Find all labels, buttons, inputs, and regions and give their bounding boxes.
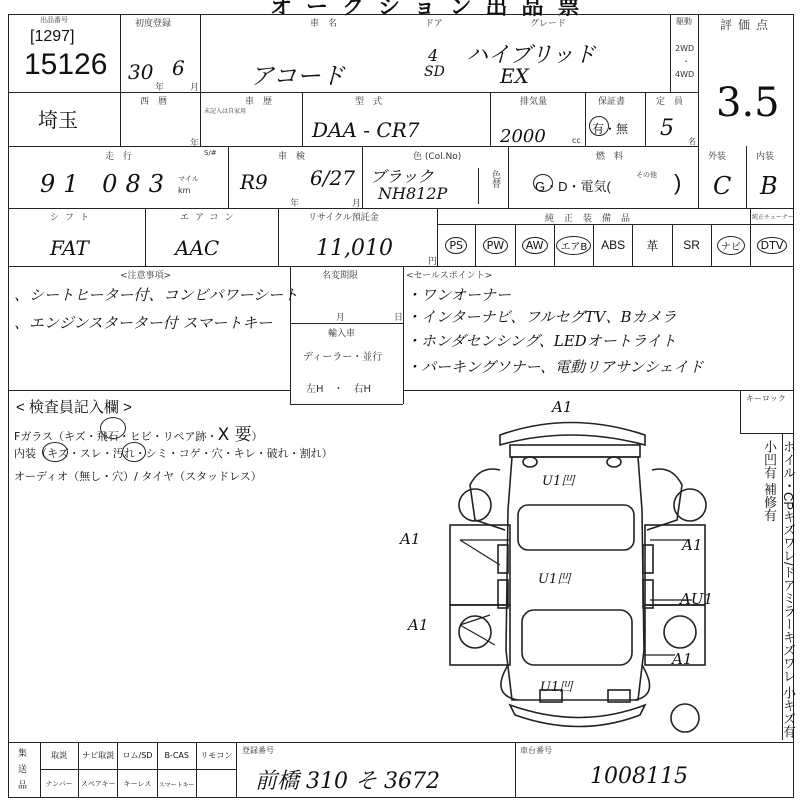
divider bbox=[698, 14, 699, 146]
accessory-bcas: B-CAS bbox=[158, 742, 197, 770]
damage-mark-left-rear-door: A1 bbox=[400, 530, 420, 548]
drive-sep: ・ bbox=[682, 56, 690, 67]
side-note: ホイル・CPキズワレ/ドアミラーキズワレ 小キズ有 小凹有 補修有 bbox=[760, 440, 798, 740]
damage-mark-left-front: A1 bbox=[408, 616, 428, 634]
western-year-unit: 年 bbox=[190, 136, 199, 149]
divider bbox=[362, 146, 363, 208]
registration-value: 前橋 310 そ 3672 bbox=[255, 764, 440, 795]
import-type: ディーラー・並行 bbox=[303, 348, 382, 363]
accessory-empty bbox=[197, 770, 236, 798]
aircon-label: エアコン bbox=[180, 210, 240, 223]
car-name-label: 車 名 bbox=[310, 16, 337, 29]
lot-label: 出品番号 bbox=[40, 15, 68, 25]
first-registration-label: 初度登録 bbox=[135, 16, 171, 29]
grade-label: グレード bbox=[530, 16, 566, 29]
chassis-value: 1008115 bbox=[590, 764, 688, 789]
inspection-month-unit: 月 bbox=[352, 196, 361, 209]
inspector-label: < 検査員記入欄 > bbox=[16, 396, 132, 417]
exterior-label: 外装 bbox=[708, 149, 726, 162]
stone-chip-circle bbox=[100, 417, 126, 439]
inspection-era: R9 bbox=[240, 170, 268, 194]
notes-label: <注意事項> bbox=[120, 268, 171, 281]
grade-line2: EX bbox=[500, 64, 529, 88]
sales-point-4: ・パーキングソナー、電動リアサンシェイド bbox=[406, 356, 704, 377]
equipment-item-navi: ナビ bbox=[712, 224, 750, 266]
car-name-value: アコード bbox=[250, 56, 345, 91]
capacity-unit: 名 bbox=[688, 136, 696, 147]
divider bbox=[228, 146, 229, 208]
name-change-month: 月 bbox=[336, 310, 345, 323]
recycle-label: リサイクル預託金 bbox=[308, 210, 379, 223]
shift-value: FAT bbox=[50, 236, 89, 260]
first-registration-month: 6 bbox=[172, 56, 185, 80]
interior-value: B bbox=[760, 172, 778, 200]
inspection-year-unit: 年 bbox=[290, 196, 299, 209]
sales-points-label: <セールスポイント> bbox=[406, 268, 492, 281]
divider bbox=[8, 390, 290, 391]
model-label: 型 式 bbox=[355, 94, 382, 107]
drive-label: 駆動 bbox=[676, 16, 692, 27]
model-value: DAA - CR7 bbox=[312, 118, 419, 142]
history-note: 未記入は自家用 bbox=[204, 106, 246, 115]
notes-line-1: 、シートヒーター付、コンビパワーシート bbox=[14, 284, 298, 305]
sales-point-3: ・ホンダセンシング、LEDオートライト bbox=[406, 330, 676, 351]
accessories-label: 集 送 品 bbox=[18, 746, 32, 794]
damage-mark-right-fender: A1 bbox=[672, 650, 692, 668]
divider bbox=[290, 404, 403, 405]
doors-value: 4 bbox=[428, 46, 438, 65]
capacity-label: 定 員 bbox=[656, 94, 683, 107]
keylock-label: キーロック bbox=[746, 393, 786, 404]
shift-label: シフト bbox=[50, 210, 95, 223]
meter-label: S/# bbox=[204, 149, 217, 157]
divider bbox=[403, 266, 404, 404]
divider bbox=[478, 168, 479, 204]
capacity-value: 5 bbox=[660, 116, 674, 141]
accessory-keyless: キーレス bbox=[118, 770, 157, 798]
divider bbox=[278, 208, 279, 266]
displacement-label: 排気量 bbox=[520, 94, 547, 107]
divider bbox=[120, 14, 121, 146]
accessory-remote: リモコン bbox=[197, 742, 236, 770]
accessory-number-plate: ナンバー bbox=[40, 770, 79, 798]
tuner-value: DTV bbox=[757, 237, 788, 254]
car-damage-diagram bbox=[430, 400, 750, 740]
divider bbox=[490, 92, 491, 146]
inspection-date: 6/27 bbox=[310, 166, 355, 190]
accessory-rom-sd: ロム/SD bbox=[118, 742, 157, 770]
divider bbox=[746, 146, 747, 208]
name-change-label: 名変期限 bbox=[322, 268, 358, 281]
damage-mark-bumper-rear: A1 bbox=[552, 398, 572, 416]
accessory-navi-manual: ナビ取説 bbox=[79, 742, 118, 770]
recycle-value: 11,010 bbox=[316, 236, 393, 261]
equipment-item-leather: 革 bbox=[633, 224, 672, 266]
region-value: 埼玉 bbox=[38, 104, 78, 133]
divider bbox=[145, 208, 146, 266]
damage-mark-front-bumper: U1凹 bbox=[540, 676, 572, 695]
divider bbox=[698, 146, 699, 208]
divider bbox=[8, 146, 698, 147]
displacement-value: 2000 bbox=[500, 126, 546, 147]
notes-line-2: 、エンジンスターター付 スマートキー bbox=[14, 312, 272, 333]
damage-mark-right-rear-door: A1 bbox=[682, 536, 702, 554]
divider bbox=[8, 266, 794, 267]
sales-point-2: ・インターナビ、フルセグTV、Bカメラ bbox=[406, 306, 677, 327]
import-label: 輸入車 bbox=[328, 326, 355, 339]
divider bbox=[670, 14, 671, 92]
divider bbox=[515, 742, 516, 798]
fuel-other-label: その他 bbox=[636, 170, 657, 180]
accessory-spare-key: スペアキー bbox=[79, 770, 118, 798]
registration-label: 登録番号 bbox=[242, 745, 274, 756]
divider bbox=[585, 92, 586, 146]
score-value: 3.5 bbox=[716, 80, 780, 126]
divider bbox=[290, 323, 403, 324]
mileage-unit-mile: マイル bbox=[178, 174, 199, 184]
accessory-manual: 取説 bbox=[40, 742, 79, 770]
equipment-label: 純正装備品 bbox=[545, 211, 640, 224]
color-label: 色 (Col.No) bbox=[413, 149, 461, 162]
inspector-mark: X 要 bbox=[218, 425, 252, 445]
year-unit: 年 bbox=[155, 80, 164, 93]
color-code: NH812P bbox=[378, 184, 447, 203]
doors-label: ドア bbox=[425, 16, 443, 29]
sales-point-1: ・ワンオーナー bbox=[406, 284, 511, 305]
divider bbox=[8, 208, 794, 209]
divider bbox=[236, 742, 237, 798]
divider bbox=[200, 14, 201, 146]
equipment-list: PS PW AW エアB ABS 革 SR ナビ bbox=[437, 224, 750, 266]
fuel-label: 燃 料 bbox=[596, 149, 623, 162]
displacement-unit: cc bbox=[572, 136, 581, 145]
aircon-value: AAC bbox=[175, 236, 219, 260]
equipment-item-pw: PW bbox=[476, 224, 515, 266]
color-change-label: 色替 bbox=[489, 170, 502, 188]
divider bbox=[302, 92, 303, 146]
history-label: 車 歴 bbox=[245, 94, 272, 107]
stain-circle bbox=[122, 442, 146, 462]
recycle-unit: 円 bbox=[428, 254, 437, 267]
grade-line1: ハイブリッド bbox=[466, 38, 596, 69]
tuner-label: 純正チューナー bbox=[752, 212, 794, 221]
name-change-day: 日 bbox=[394, 310, 403, 323]
warranty-circle bbox=[589, 116, 609, 136]
mileage-label: 走 行 bbox=[105, 149, 132, 162]
divider bbox=[403, 390, 794, 391]
equipment-item-aw: AW bbox=[516, 224, 555, 266]
mileage-unit-km: km bbox=[178, 186, 190, 195]
chassis-label: 車台番号 bbox=[520, 745, 552, 756]
accessory-smart-key: スマートキー bbox=[158, 770, 197, 798]
body-type: SD bbox=[424, 64, 445, 80]
month-unit: 月 bbox=[190, 80, 199, 93]
equipment-item-airbag: エアB bbox=[555, 224, 594, 266]
divider bbox=[8, 92, 698, 93]
inspector-line-3: オーディオ（無し・穴）/ タイヤ（スタッドレス） bbox=[14, 468, 262, 484]
warranty-label: 保証書 bbox=[598, 94, 625, 107]
interior-label: 内装 bbox=[756, 149, 774, 162]
score-label: 評価点 bbox=[720, 16, 774, 33]
exterior-value: C bbox=[713, 172, 731, 200]
first-registration-year: 30 bbox=[128, 60, 153, 84]
damage-mark-roof: U1凹 bbox=[538, 568, 570, 587]
lot-number: 15126 bbox=[24, 48, 107, 82]
equipment-item-abs: ABS bbox=[594, 224, 633, 266]
fuel-close: ) bbox=[674, 170, 681, 196]
tuner-value-cell: DTV bbox=[750, 224, 794, 266]
divider bbox=[645, 92, 646, 146]
damage-mark-trunk: U1凹 bbox=[542, 470, 574, 489]
drive-2wd: 2WD bbox=[675, 44, 694, 53]
inspection-label: 車 検 bbox=[278, 149, 305, 162]
drive-4wd: 4WD bbox=[675, 70, 694, 79]
equipment-item-ps: PS bbox=[437, 224, 476, 266]
mileage-value: 91 083 bbox=[40, 170, 172, 198]
western-year-label: 西 暦 bbox=[140, 94, 167, 107]
divider bbox=[508, 146, 509, 208]
accessories-grid: 取説 ナビ取説 ロム/SD B-CAS リモコン ナンバー スペアキー キーレス… bbox=[40, 742, 236, 798]
import-hand: 左H ・ 右H bbox=[306, 380, 371, 395]
damage-mark-right-front-door: AU1 bbox=[680, 590, 713, 608]
fuel-gas-circle bbox=[533, 174, 553, 192]
scratch-circle bbox=[42, 442, 68, 462]
lot-sub-number: [1297] bbox=[30, 28, 74, 46]
equipment-item-sr: SR bbox=[673, 224, 712, 266]
